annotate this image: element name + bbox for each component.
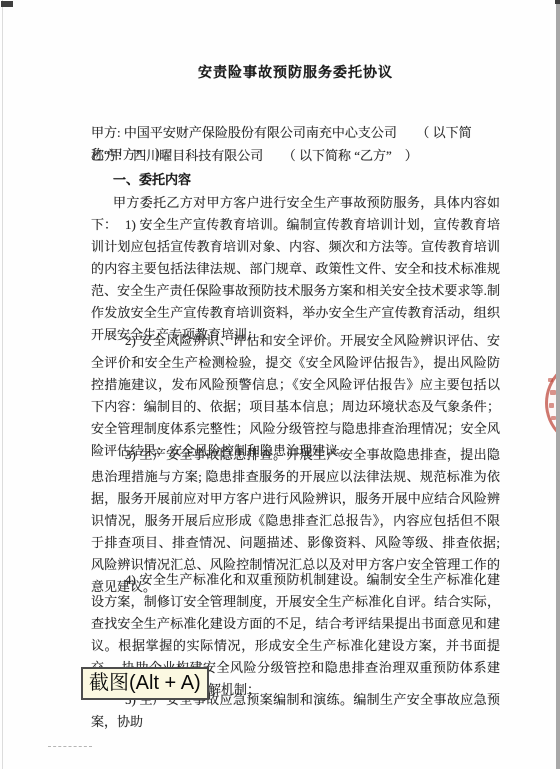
red-seal-character-mark (548, 378, 553, 382)
red-seal-character-mark (549, 403, 554, 408)
party-b-line: 乙方： 四川曜目科技有限公司 （ 以下简称 “乙方” ） (91, 145, 500, 167)
scan-corner-mark-top-left (1, 1, 13, 7)
section-heading: 一、委托内容 (91, 169, 500, 191)
scan-corner-mark-top-right (555, 0, 560, 4)
scan-left-edge-line (2, 0, 3, 769)
clause-paragraph-1: 1) 安全生产宣传教育培训。编制宣传教育培训计划，宣传教育培训计划应包括宣传教育… (91, 214, 500, 346)
screenshot-tooltip: 截图(Alt + A) (81, 667, 209, 700)
clause-paragraph-2: 2) 安全风险辨识、评估和安全评价。开展安全风险辨识评估、安全评价和安全生产检测… (91, 330, 500, 462)
scan-right-edge-strip (556, 0, 560, 769)
document-title: 安责险事故预防服务委托协议 (91, 62, 500, 82)
scan-fold-mark (48, 746, 92, 747)
scanned-document-page: 安责险事故预防服务委托协议 甲方: 中国平安财产保险股份有限公司南充中心支公司 … (0, 0, 560, 769)
